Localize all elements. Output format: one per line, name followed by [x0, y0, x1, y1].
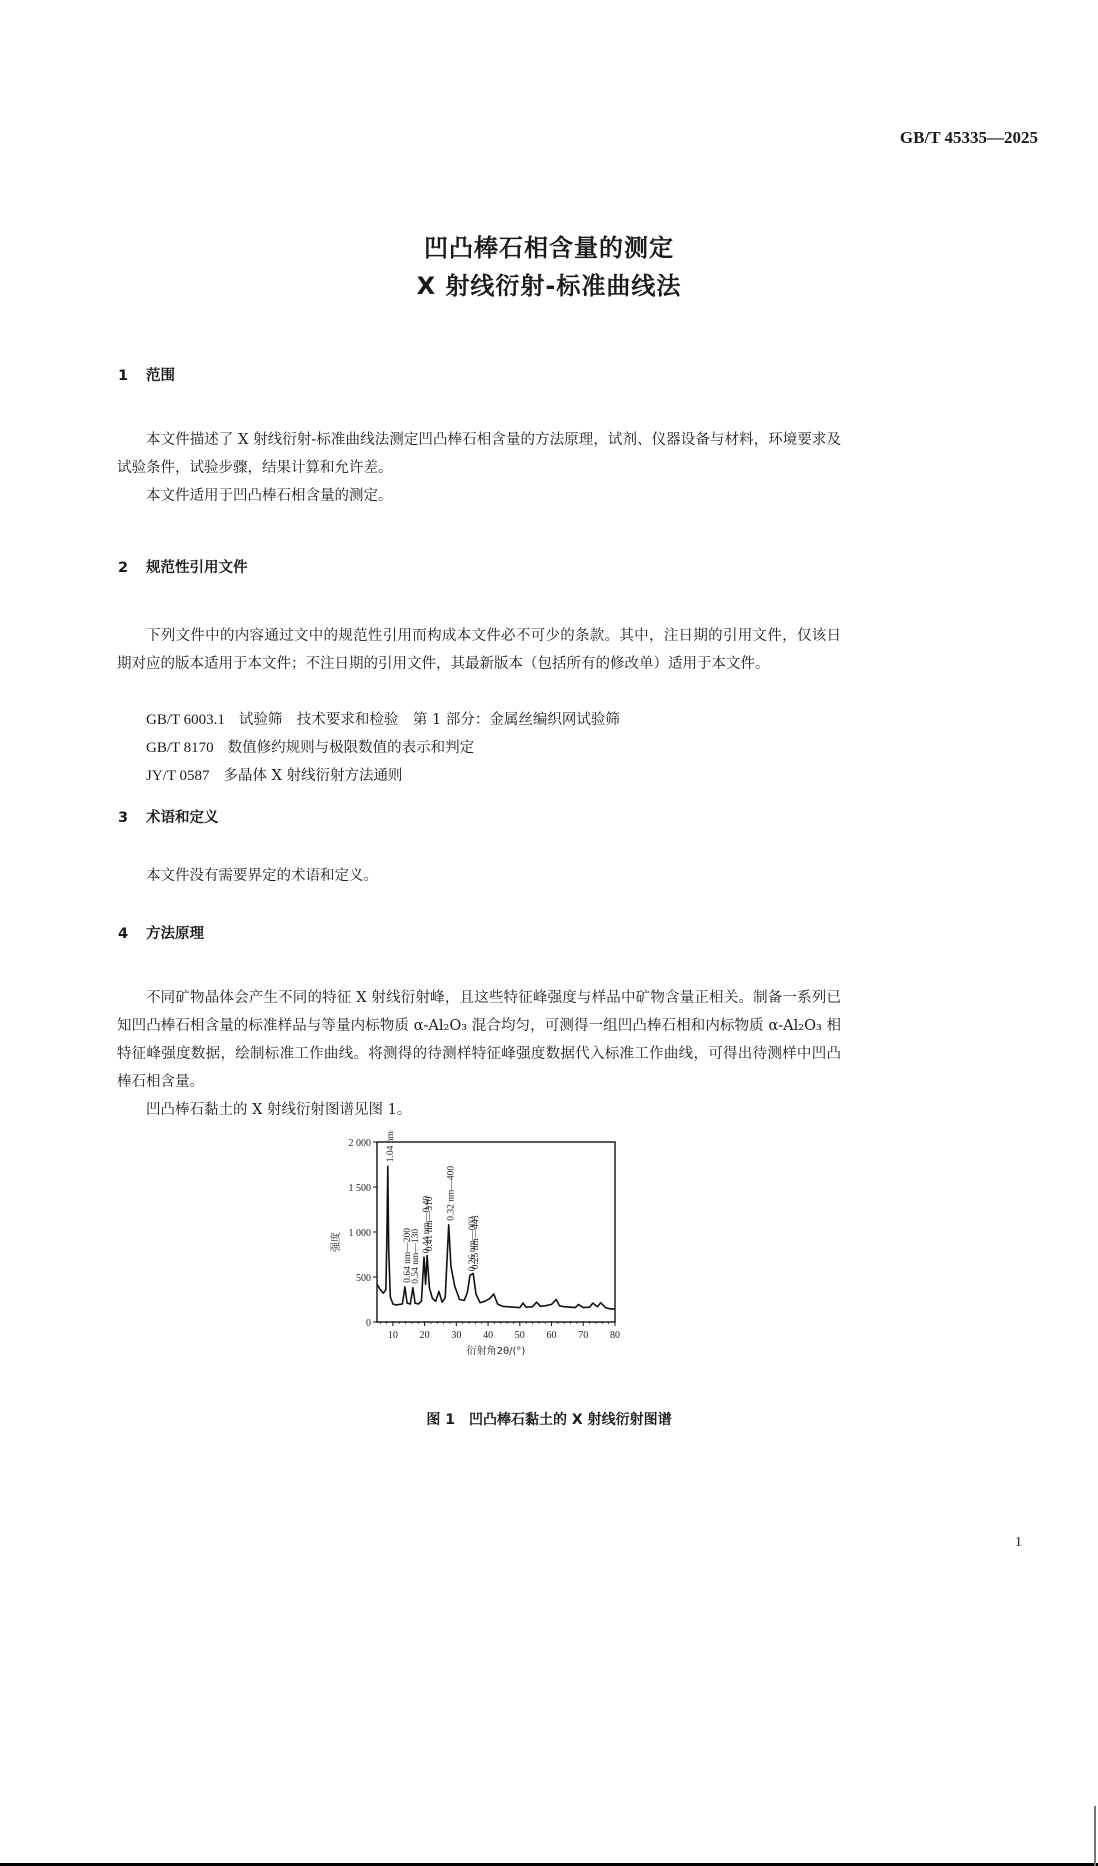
section-heading-method-principle: 4方法原理 [118, 922, 204, 943]
reference-item: JY/T 0587多晶体 X 射线衍射方法通则 [146, 762, 403, 790]
x-tick-label: 40 [483, 1330, 493, 1341]
y-tick-label: 1 500 [349, 1183, 372, 1194]
section-title: 术语和定义 [146, 810, 219, 826]
peak-label: 0.25 nm—441 [471, 1214, 481, 1269]
y-tick-label: 2 000 [349, 1138, 372, 1149]
section-heading-scope: 1范围 [118, 364, 175, 385]
section-number: 3 [118, 810, 146, 826]
x-tick-label: 10 [388, 1330, 398, 1341]
reference-item: GB/T 6003.1试验筛 技术要求和检验 第 1 部分：金属丝编织网试验筛 [146, 706, 620, 734]
scope-paragraph-2: 本文件适用于凹凸棒石相含量的测定。 [117, 482, 841, 510]
y-axis-label: 强度 [329, 1232, 342, 1252]
reference-title: 多晶体 X 射线衍射方法通则 [223, 768, 402, 784]
section-title: 方法原理 [146, 926, 204, 942]
section-heading-normative-references: 2规范性引用文件 [118, 556, 248, 577]
method-principle-paragraph: 不同矿物晶体会产生不同的特征 X 射线衍射峰，且这些特征峰强度与样品中矿物含量正… [117, 984, 841, 1096]
x-tick-label: 80 [610, 1330, 620, 1341]
section-title: 范围 [146, 368, 175, 384]
y-tick-label: 1 000 [349, 1228, 372, 1239]
document-title-line-2: X 射线衍射-标准曲线法 [0, 266, 1098, 301]
y-tick-label: 500 [356, 1273, 371, 1284]
standard-code: GB/T 45335—2025 [900, 128, 1038, 148]
reference-code: JY/T 0587 [146, 768, 209, 784]
x-tick-label: 20 [420, 1330, 430, 1341]
section-heading-terms-definitions: 3术语和定义 [118, 806, 219, 827]
x-tick-label: 50 [515, 1330, 525, 1341]
x-axis-label: 衍射角2θ/(°) [467, 1344, 526, 1357]
terms-definitions-paragraph: 本文件没有需要界定的术语和定义。 [117, 862, 841, 890]
reference-item: GB/T 8170数值修约规则与极限数值的表示和判定 [146, 734, 474, 762]
xrd-chart-svg: 05001 0001 5002 0001020304050607080衍射角2θ… [325, 1130, 635, 1380]
section-title: 规范性引用文件 [146, 560, 248, 576]
section-number: 2 [118, 560, 146, 576]
x-tick-label: 60 [547, 1330, 557, 1341]
page-number: 1 [1015, 1535, 1022, 1551]
figure-reference-paragraph: 凹凸棒石黏土的 X 射线衍射图谱见图 1。 [117, 1096, 841, 1124]
reference-title: 数值修约规则与极限数值的表示和判定 [228, 740, 475, 756]
reference-code: GB/T 8170 [146, 740, 214, 756]
peak-label: 0.54 nm—130 [411, 1229, 421, 1284]
x-tick-label: 30 [451, 1330, 461, 1341]
section-number: 4 [118, 926, 146, 942]
scope-paragraph-1: 本文件描述了 X 射线衍射-标准曲线法测定凹凸棒石相含量的方法原理，试剂、仪器设… [117, 426, 841, 482]
xrd-chart: 05001 0001 5002 0001020304050607080衍射角2θ… [325, 1130, 635, 1380]
document-title-line-1: 凹凸棒石相含量的测定 [0, 228, 1098, 263]
peak-label: 1.04 nm—110 [386, 1130, 396, 1162]
reference-title: 试验筛 技术要求和检验 第 1 部分：金属丝编织网试验筛 [239, 712, 620, 728]
x-tick-label: 70 [578, 1330, 588, 1341]
figure-caption: 图 1 凹凸棒石黏土的 X 射线衍射图谱 [0, 1409, 1098, 1429]
y-tick-label: 0 [366, 1318, 371, 1329]
page-right-edge [1094, 1806, 1096, 1866]
reference-code: GB/T 6003.1 [146, 712, 225, 728]
section-number: 1 [118, 368, 146, 384]
normative-references-paragraph: 下列文件中的内容通过文中的规范性引用而构成本文件必不可少的条款。其中，注日期的引… [117, 622, 841, 678]
peak-label: 0.41 nm—310 [425, 1196, 435, 1251]
peak-label: 0.32 nm—400 [447, 1166, 457, 1221]
